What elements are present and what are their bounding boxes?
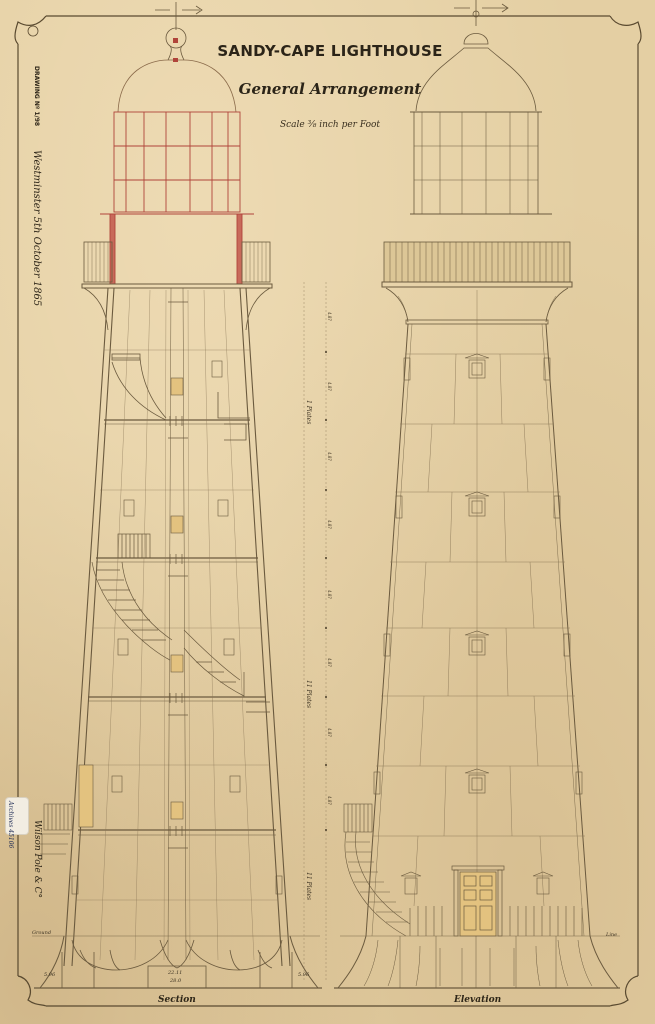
archive-sticker-text: Archives 45106 — [7, 801, 14, 848]
archive-sticker: Archives 45106 — [6, 798, 28, 834]
ground-label: Ground — [32, 930, 51, 936]
signature-date: Westminster 5th October 1865 — [31, 150, 42, 306]
drawing-subtitle: General Arrangement — [200, 80, 460, 98]
section-view — [32, 2, 327, 988]
dimension-value: 4.87 — [327, 520, 332, 529]
dimension-value: 4.87 — [327, 658, 332, 667]
dimension-value: 4.87 — [327, 452, 332, 461]
plates-label-middle: 11 Plates — [305, 680, 312, 708]
drawing-sheet: SANDY-CAPE LIGHTHOUSE General Arrangemen… — [0, 0, 655, 1024]
base-dimension: 5.96 — [44, 972, 55, 978]
view-label-section: Section — [158, 995, 196, 1005]
view-label-elevation: Elevation — [454, 995, 501, 1005]
plates-label-lower: 11 Plates — [305, 872, 312, 900]
dimension-value: 4.87 — [327, 590, 332, 599]
drawing-title: SANDY-CAPE LIGHTHOUSE — [200, 42, 460, 60]
dimension-value: 4.87 — [327, 312, 332, 321]
dimension-value: 4.87 — [327, 796, 332, 805]
base-dimension: 22.11 — [168, 970, 182, 976]
elevation-view — [334, 0, 620, 988]
plates-label-upper: 1 Plates — [305, 400, 312, 424]
base-dimension: 28.0 — [170, 978, 181, 984]
ground-line-label: Line — [606, 932, 617, 938]
signature-maker: Wilson Pole & C° — [32, 820, 42, 898]
sheet-border — [15, 16, 641, 1006]
scale-note: Scale ⅜ inch per Foot — [200, 120, 460, 130]
dimension-value: 4.87 — [327, 728, 332, 737]
dimension-value: 4.87 — [327, 382, 332, 391]
lighthouse-drawing — [0, 0, 655, 1024]
base-dimension: 5.96 — [298, 972, 309, 978]
drawing-number: DRAWING Nº 1/98 — [33, 66, 40, 126]
